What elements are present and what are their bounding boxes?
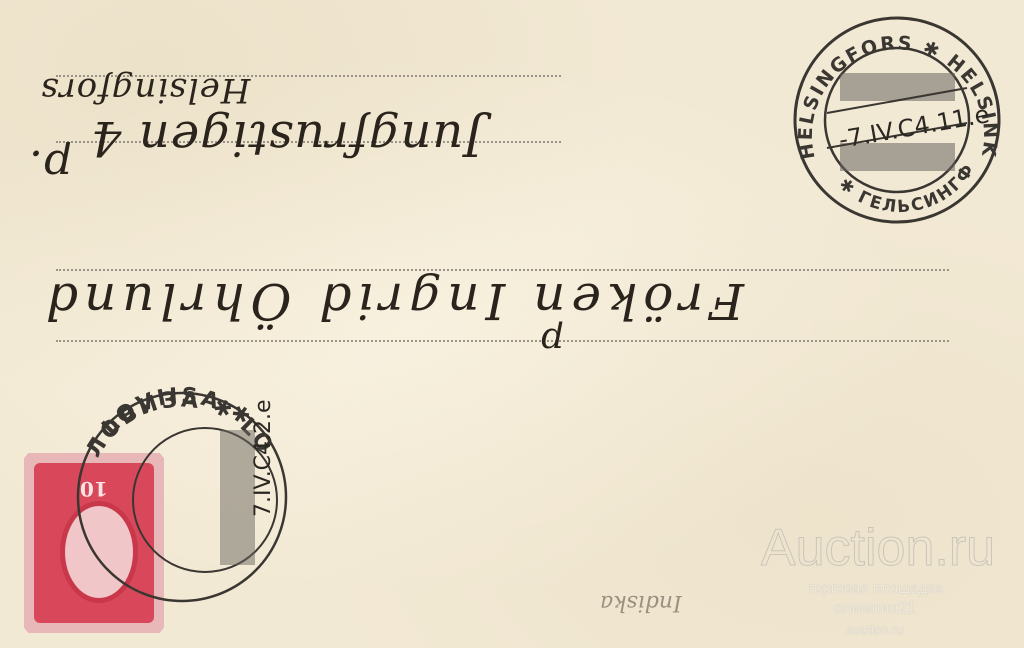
pencil-note: Indiska bbox=[600, 590, 682, 615]
address-dotted-line-4 bbox=[56, 340, 949, 342]
watermark-sub: олимпия21 bbox=[780, 600, 970, 618]
handwritten-p: p bbox=[540, 320, 564, 361]
handwritten-city: Helsingfors bbox=[40, 70, 250, 110]
handwritten-recipient: Fröken Ingrid Öhrlund bbox=[40, 272, 744, 330]
handwritten-prefix: p. bbox=[28, 140, 72, 191]
helsinki-postmark: HELSINGFORS ✱ HELSINKI ✱ ГЕЛЬСИНГФОРСЪ -… bbox=[785, 8, 1010, 233]
watermark-tagline: торговая площадка bbox=[780, 580, 970, 597]
postcard: Helsingfors Jungfrustigen 4 p. Fröken In… bbox=[0, 0, 1024, 648]
address-dotted-line-3 bbox=[56, 269, 949, 271]
handwritten-street: Jungfrustigen 4 bbox=[90, 110, 484, 166]
loviisa-date: 7.IV.C4.2.e bbox=[251, 399, 276, 517]
loviisa-postmark: LOVIISA ✱ ЛОВИЗА ✱ LOV 7.IV.C4.2.e bbox=[70, 385, 295, 610]
watermark-domain: auction.ru bbox=[780, 622, 970, 637]
watermark-brand: Auction.ru bbox=[733, 518, 1023, 578]
